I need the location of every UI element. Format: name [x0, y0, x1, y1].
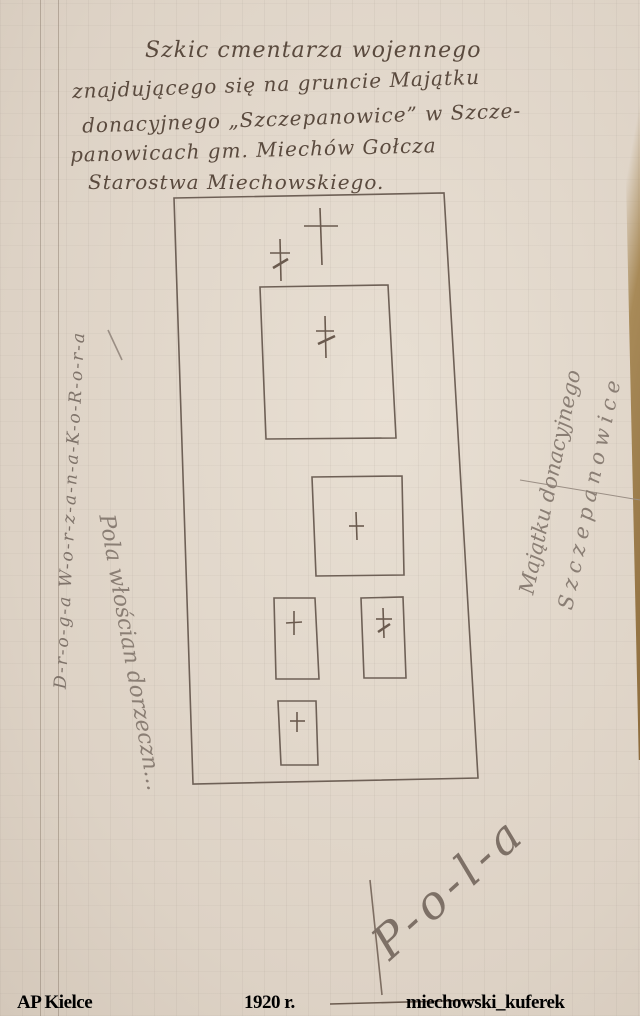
caption-source: miechowski_kuferek — [406, 992, 564, 1014]
cemetery-boundary — [174, 193, 478, 784]
grave-plot-small-bottom — [278, 701, 318, 765]
grave-plot-large — [260, 285, 396, 439]
grave-plot-small-left — [274, 598, 319, 679]
caption-year: 1920 r. — [244, 992, 295, 1014]
caption-archive: AP Kielce — [17, 992, 92, 1014]
